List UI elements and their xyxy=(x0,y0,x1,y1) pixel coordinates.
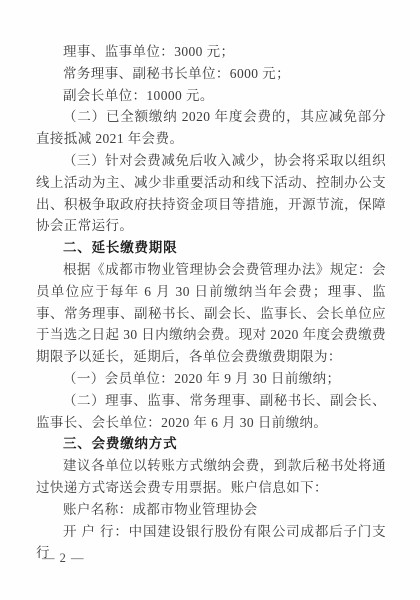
paragraph: 开 户 行：中国建设银行股份有限公司成都后子门支行 xyxy=(36,521,386,565)
paragraph: 账户名称：成都市物业管理协会 xyxy=(36,499,386,521)
paragraph: 常务理事、副秘书长单位：6000 元； xyxy=(36,63,386,85)
paragraph: （二）理事、监事、常务理事、副秘书长、副会长、监事长、会长单位：2020 年 6… xyxy=(36,390,386,434)
page-number: — 2 — xyxy=(42,551,85,566)
document-page: 理事、监事单位：3000 元；常务理事、副秘书长单位：6000 元；副会长单位：… xyxy=(0,0,420,600)
document-body: 理事、监事单位：3000 元；常务理事、副秘书长单位：6000 元；副会长单位：… xyxy=(36,41,386,564)
paragraph: （一）会员单位：2020 年 9 月 30 日前缴纳； xyxy=(36,368,386,390)
paragraph: （三）针对会费减免后收入减少，协会将采取以组织线上活动为主、减少非重要活动和线下… xyxy=(36,150,386,237)
paragraph: （二）已全额缴纳 2020 年度会费的，其应减免部分直接抵减 2021 年会费。 xyxy=(36,106,386,150)
paragraph: 理事、监事单位：3000 元； xyxy=(36,41,386,63)
paragraph: 根据《成都市物业管理协会会费管理办法》规定：会员单位应于每年 6 月 30 日前… xyxy=(36,259,386,368)
paragraph: 副会长单位：10000 元。 xyxy=(36,85,386,107)
section-heading: 二、延长缴费期限 xyxy=(36,237,386,259)
paragraph: 建议各单位以转账方式缴纳会费，到款后秘书处将通过快递方式寄送会费专用票据。账户信… xyxy=(36,455,386,499)
section-heading: 三、会费缴纳方式 xyxy=(36,433,386,455)
